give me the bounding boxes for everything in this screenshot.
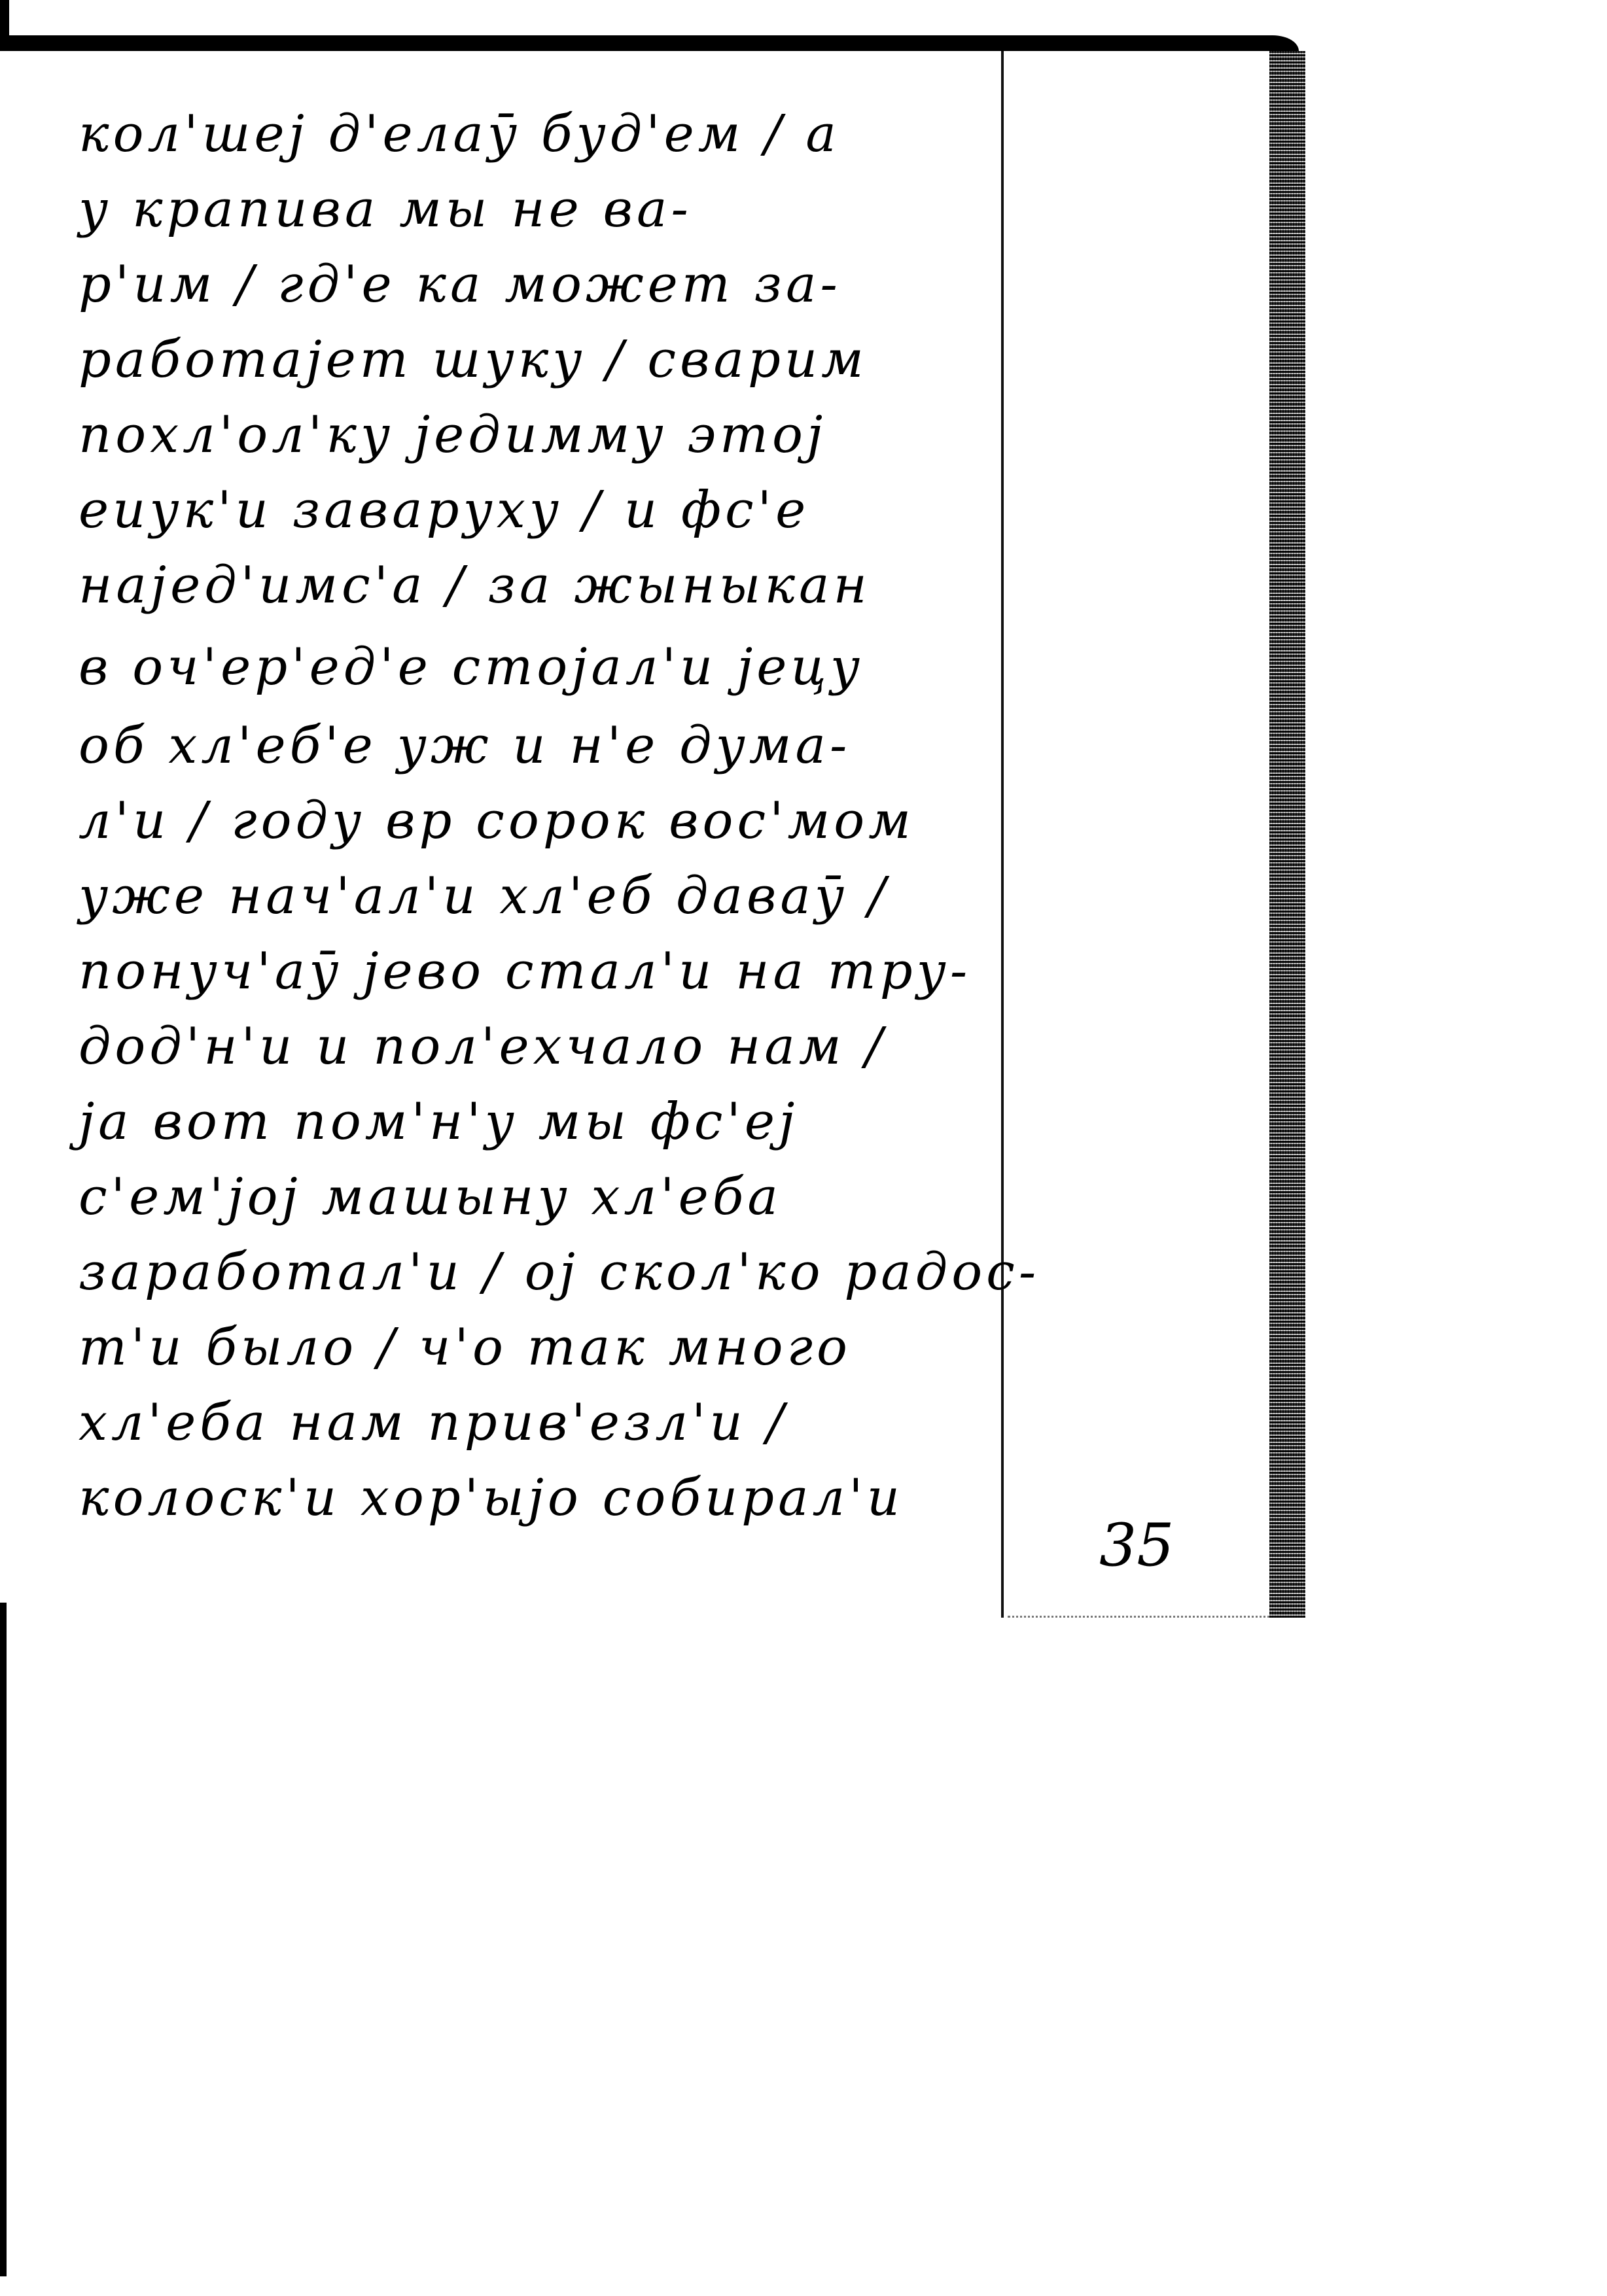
- scanned-page: кол'шеј д'елаӯ буд'ем / а у крапива мы н…: [0, 0, 1607, 2296]
- notebook-bottom-edge: [1008, 1616, 1282, 1618]
- text-line: колоск'и хор'ыјо собирал'и: [79, 1469, 904, 1527]
- text-line: л'и / году вр сорок вос'мом: [79, 791, 915, 850]
- text-line: еиук'и заваруху / и фс'е: [79, 481, 809, 540]
- text-line: у крапива мы не ва-: [79, 180, 692, 239]
- text-line: хл'еба нам прив'езл'и /: [79, 1393, 788, 1452]
- text-line: заработал'и / ој скол'ко радос-: [79, 1243, 1040, 1302]
- scan-edge-left-bottom: [0, 1603, 7, 2276]
- margin-line: [1001, 51, 1004, 1618]
- text-line: ја вот пом'н'у мы фс'еј: [79, 1092, 798, 1151]
- text-line: об хл'еб'е уж и н'е дума-: [79, 716, 851, 775]
- text-line: уже нач'ал'и хл'еб даваӯ /: [79, 867, 889, 926]
- notebook-top-edge: [0, 35, 1299, 51]
- text-line: с'ем'јој машыну хл'еба: [79, 1168, 782, 1226]
- page-number: 35: [1099, 1511, 1174, 1580]
- text-line: р'им / гд'е ка может за-: [79, 255, 841, 314]
- text-line: дод'н'и и пол'ехчало нам /: [79, 1017, 887, 1076]
- text-line: најед'имс'а / за жыныкан: [79, 556, 871, 615]
- text-line: похл'ол'ку једимму этој: [79, 406, 826, 464]
- text-line: понуч'аӯ јево стал'и на тру-: [79, 942, 971, 1001]
- notebook-binding-strip: [1269, 51, 1305, 1618]
- text-line: т'и было / ч'о так много: [79, 1318, 851, 1377]
- text-line: кол'шеј д'елаӯ буд'ем / а: [79, 105, 840, 164]
- text-line: в оч'ер'ед'е стојал'и јецу: [79, 638, 864, 697]
- text-line: работајет шуку / сварим: [79, 330, 868, 389]
